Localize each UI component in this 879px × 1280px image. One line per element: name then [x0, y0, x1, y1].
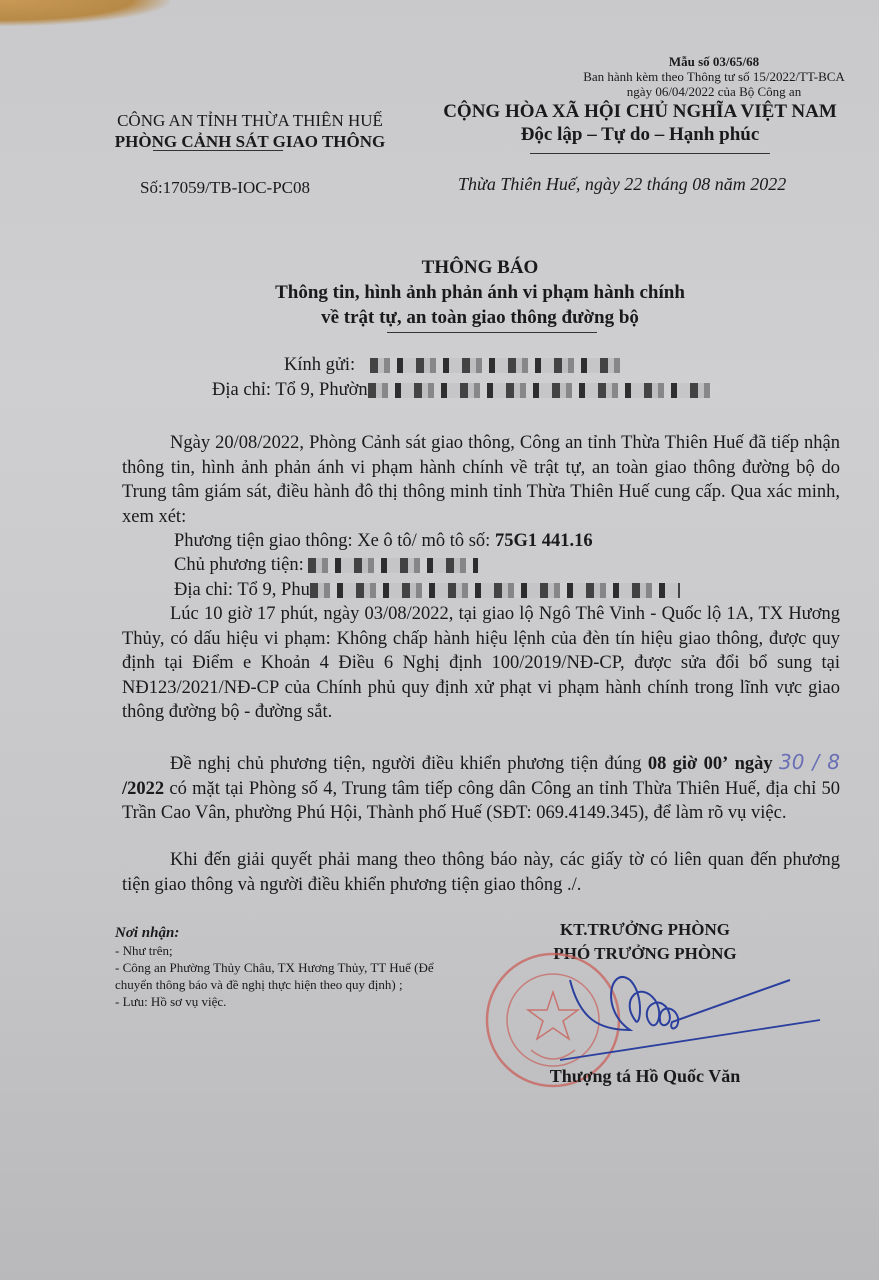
- recipients-label: Nơi nhận:: [115, 925, 435, 942]
- national-motto: Độc lập – Tự do – Hạnh phúc: [410, 123, 870, 146]
- document-title: THÔNG BÁO Thông tin, hình ảnh phản ánh v…: [230, 255, 730, 330]
- form-number: Mẫu số 03/65/68: [555, 54, 873, 69]
- motto-underline: [530, 153, 770, 154]
- redacted-address: [368, 383, 713, 398]
- addressee-address: Địa chỉ: Tổ 9, Phườn: [212, 380, 713, 401]
- vehicle-plate: 75G1 441.16: [495, 531, 593, 551]
- redacted-owner-address: [310, 583, 680, 598]
- recipient-item: - Như trên;: [115, 942, 435, 959]
- summons-text: Đề nghị chủ phương tiện, người điều khiể…: [170, 754, 648, 774]
- form-reference: Mẫu số 03/65/68 Ban hành kèm theo Thông …: [555, 54, 873, 99]
- paragraph-summons: Đề nghị chủ phương tiện, người điều khiể…: [122, 750, 840, 826]
- owner-address-label: Địa chỉ: Tổ 9, Phu: [174, 580, 310, 600]
- national-header: CỘNG HÒA XÃ HỘI CHỦ NGHĨA VIỆT NAM Độc l…: [410, 100, 870, 146]
- form-issued-with: Ban hành kèm theo Thông tư số 15/2022/TT…: [555, 69, 873, 84]
- document-place-date: Thừa Thiên Huế, ngày 22 tháng 08 năm 202…: [458, 174, 786, 195]
- handwritten-date: 30 / 8: [779, 750, 840, 774]
- issuer-underline: [153, 150, 283, 151]
- owner-label: Chủ phương tiện:: [174, 555, 308, 575]
- title-main: THÔNG BÁO: [230, 255, 730, 280]
- summons-location: có mặt tại Phòng số 4, Trung tâm tiếp cô…: [122, 779, 840, 824]
- addressee-to: Kính gửi:: [284, 355, 620, 376]
- redacted-owner: [308, 558, 478, 573]
- addressee-label: Kính gửi:: [284, 355, 355, 375]
- issuer-line2: PHÒNG CẢNH SÁT GIAO THÔNG: [100, 131, 400, 152]
- signature-scribble-icon: [560, 960, 830, 1070]
- form-issued-date: ngày 06/04/2022 của Bộ Công an: [555, 84, 873, 99]
- redacted-name: [370, 358, 620, 373]
- vehicle-label: Phương tiện giao thông: Xe ô tô/ mô tô s…: [174, 531, 495, 551]
- owner-address-line: Địa chỉ: Tổ 9, Phu: [122, 578, 879, 603]
- recipient-item: - Lưu: Hồ sơ vụ việc.: [115, 993, 435, 1010]
- issuer-line1: CÔNG AN TỈNH THỪA THIÊN HUẾ: [100, 110, 400, 131]
- title-underline: [387, 332, 597, 333]
- recipient-item: - Công an Phường Thủy Châu, TX Hương Thủ…: [115, 959, 435, 993]
- summons-time: 08 giờ 00’: [648, 754, 728, 774]
- paragraph-requirements: Khi đến giải quyết phải mang theo thông …: [122, 848, 840, 897]
- title-sub1: Thông tin, hình ảnh phản ánh vi phạm hàn…: [230, 280, 730, 305]
- owner-line: Chủ phương tiện:: [122, 553, 879, 578]
- paragraph-received: Ngày 20/08/2022, Phòng Cảnh sát giao thô…: [122, 431, 840, 529]
- document-number: Số:17059/TB-IOC-PC08: [140, 178, 310, 198]
- signature-title1: KT.TRƯỞNG PHÒNG: [470, 918, 820, 942]
- summons-day-label: ngày: [735, 754, 773, 774]
- address-label: Địa chỉ: Tổ 9, Phườn: [212, 380, 368, 400]
- paragraph-violation: Lúc 10 giờ 17 phút, ngày 03/08/2022, tại…: [122, 602, 840, 725]
- title-sub2: về trật tự, an toàn giao thông đường bộ: [230, 305, 730, 330]
- recipients-block: Nơi nhận: - Như trên; - Công an Phường T…: [115, 925, 435, 1010]
- vehicle-line: Phương tiện giao thông: Xe ô tô/ mô tô s…: [122, 529, 879, 554]
- summons-year: /2022: [122, 779, 164, 799]
- signer-name: Thượng tá Hồ Quốc Văn: [470, 1066, 820, 1087]
- national-line1: CỘNG HÒA XÃ HỘI CHỦ NGHĨA VIỆT NAM: [410, 100, 870, 123]
- issuer-header: CÔNG AN TỈNH THỪA THIÊN HUẾ PHÒNG CẢNH S…: [100, 110, 400, 152]
- notice-document: Mẫu số 03/65/68 Ban hành kèm theo Thông …: [0, 0, 879, 1280]
